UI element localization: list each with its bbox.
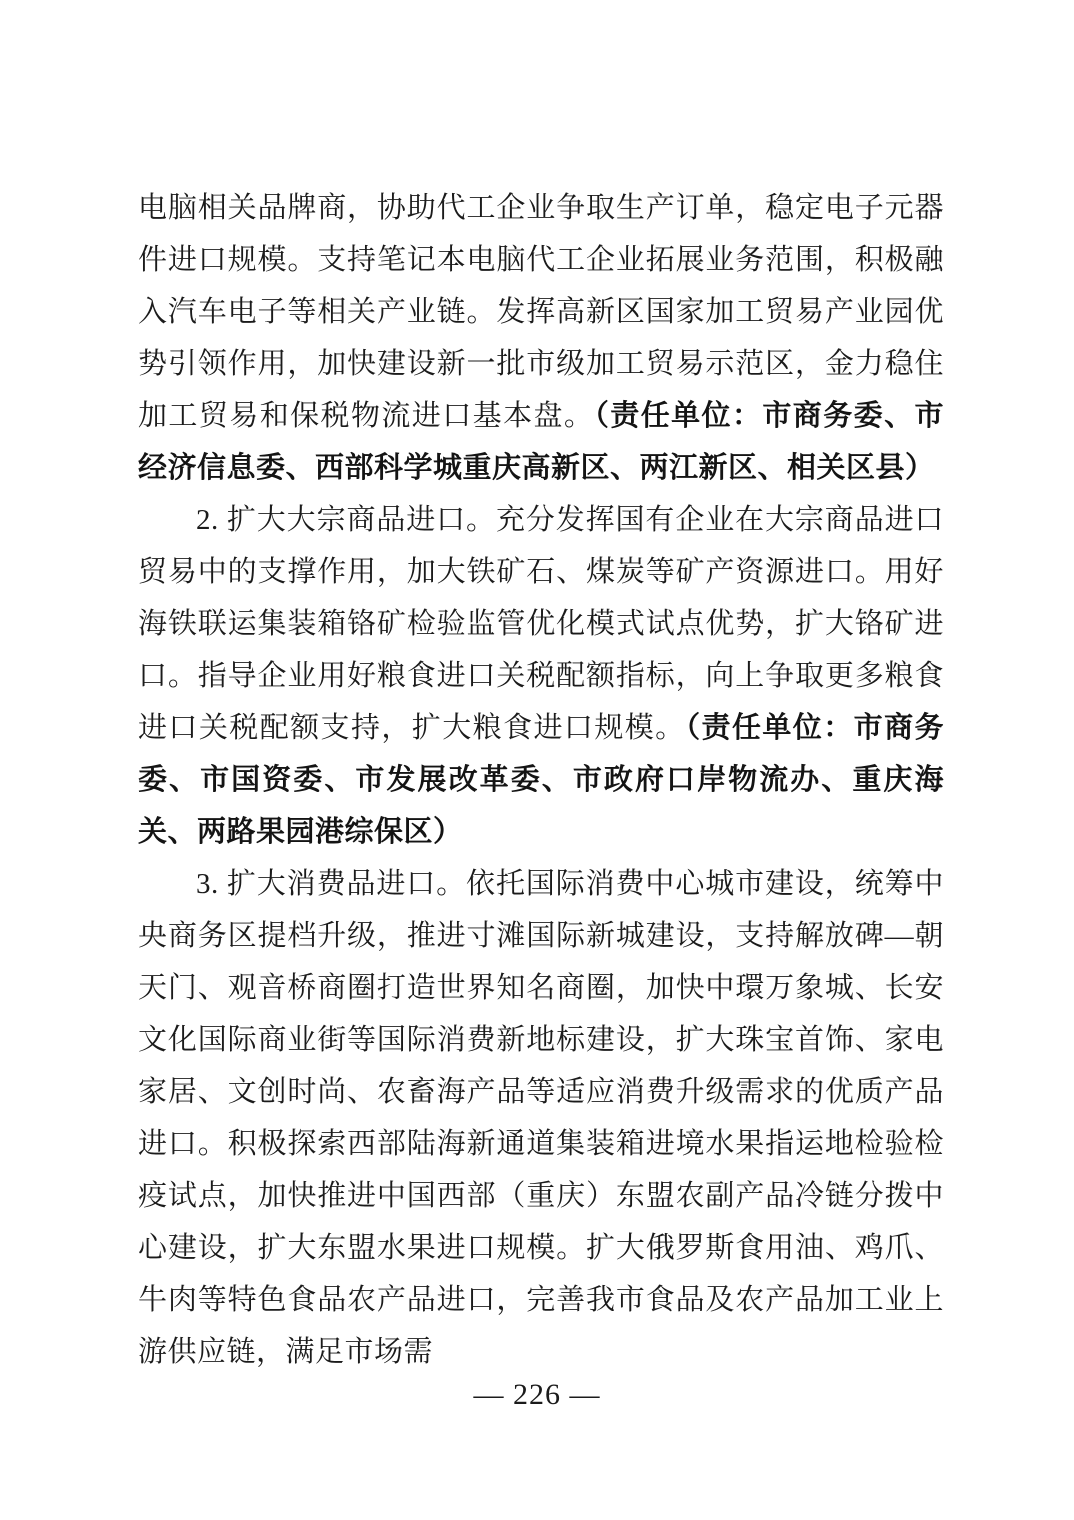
- paragraph-3-text: 3. 扩大消费品进口。依托国际消费中心城市建设，统筹中央商务区提档升级，推进寸滩…: [138, 868, 944, 1368]
- document-body: 电脑相关品牌商，协助代工企业争取生产订单，稳定电子元器件进口规模。支持笔记本电脑…: [138, 182, 944, 1378]
- paragraph-2-text: 2. 扩大大宗商品进口。充分发挥国有企业在大宗商品进口贸易中的支撑作用，加大铁矿…: [138, 504, 944, 744]
- paragraph-3: 3. 扩大消费品进口。依托国际消费中心城市建设，统筹中央商务区提档升级，推进寸滩…: [138, 858, 944, 1378]
- paragraph-1: 电脑相关品牌商，协助代工企业争取生产订单，稳定电子元器件进口规模。支持笔记本电脑…: [138, 182, 944, 494]
- paragraph-1-text: 电脑相关品牌商，协助代工企业争取生产订单，稳定电子元器件进口规模。支持笔记本电脑…: [138, 192, 944, 432]
- page-number: — 226 —: [0, 1378, 1074, 1412]
- paragraph-2: 2. 扩大大宗商品进口。充分发挥国有企业在大宗商品进口贸易中的支撑作用，加大铁矿…: [138, 494, 944, 858]
- document-page: 电脑相关品牌商，协助代工企业争取生产订单，稳定电子元器件进口规模。支持笔记本电脑…: [0, 0, 1074, 1520]
